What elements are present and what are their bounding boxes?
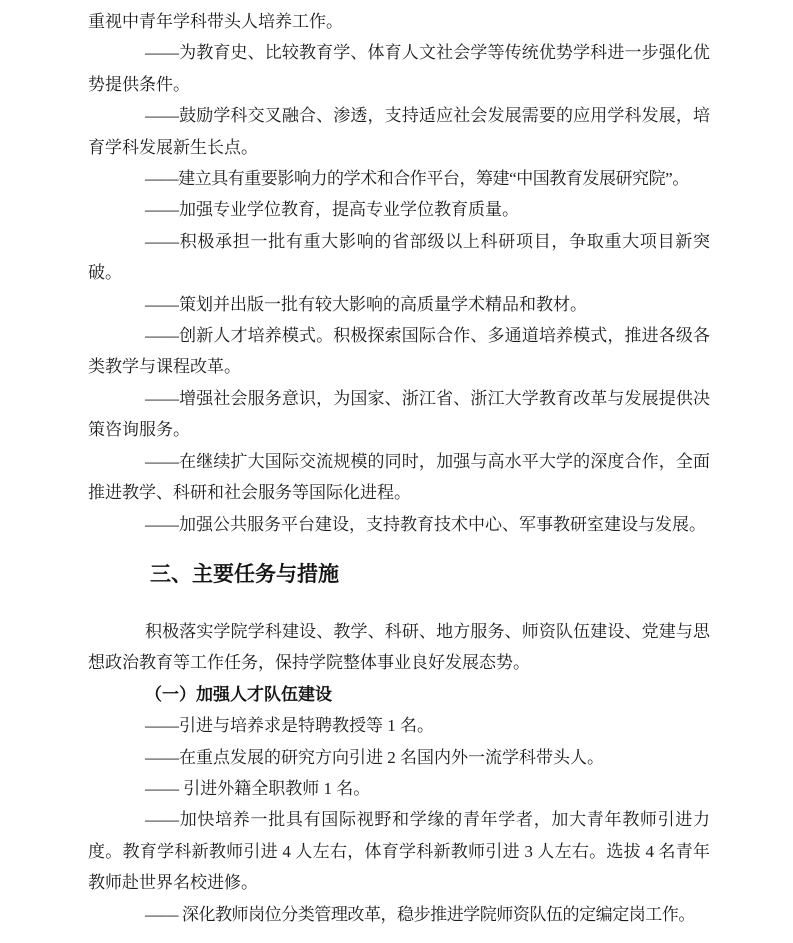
dash-paragraph: ——积极承担一批有重大影响的省部级以上科研项目，争取重大项目新突破。 [88,226,710,289]
dash-paragraph: ——加强专业学位教育，提高专业学位教育质量。 [88,194,710,225]
dash-paragraph: ——建立具有重要影响力的学术和合作平台，筹建“中国教育发展研究院”。 [88,163,710,194]
dash-paragraph: ——鼓励学科交叉融合、渗透，支持适应社会发展需要的应用学科发展，培育学科发展新生… [88,100,710,163]
subsection-heading: （一）加强人才队伍建设 [88,679,710,710]
dash-paragraph: —— 引进外籍全职教师 1 名。 [88,773,710,804]
paragraph-continuation: 重视中青年学科带头人培养工作。 [88,6,710,37]
dash-paragraph: ——增强社会服务意识，为国家、浙江省、浙江大学教育改革与发展提供决策咨询服务。 [88,383,710,446]
dash-paragraph: —— 深化教师岗位分类管理改革，稳步推进学院师资队伍的定编定岗工作。 [88,899,710,930]
dash-paragraph: ——在继续扩大国际交流规模的同时，加强与高水平大学的深度合作，全面推进教学、科研… [88,446,710,509]
document-page: 重视中青年学科带头人培养工作。 ——为教育史、比较教育学、体育人文社会学等传统优… [0,0,793,943]
dash-paragraph: ——创新人才培养模式。积极探索国际合作、多通道培养模式，推进各级各类教学与课程改… [88,320,710,383]
dash-paragraph: ——为教育史、比较教育学、体育人文社会学等传统优势学科进一步强化优势提供条件。 [88,37,710,100]
dash-paragraph: ——策划并出版一批有较大影响的高质量学术精品和教材。 [88,289,710,320]
dash-paragraph: ——加强公共服务平台建设，支持教育技术中心、军事教研室建设与发展。 [88,509,710,540]
section-heading: 三、主要任务与措施 [88,558,710,590]
dash-paragraph: ——在重点发展的研究方向引进 2 名国内外一流学科带头人。 [88,742,710,773]
dash-paragraph: ——加快培养一批具有国际视野和学缘的青年学者，加大青年教师引进力度。教育学科新教… [88,804,710,898]
dash-paragraph: ——引进与培养求是特聘教授等 1 名。 [88,710,710,741]
body-paragraph: 积极落实学院学科建设、教学、科研、地方服务、师资队伍建设、党建与思想政治教育等工… [88,616,710,679]
